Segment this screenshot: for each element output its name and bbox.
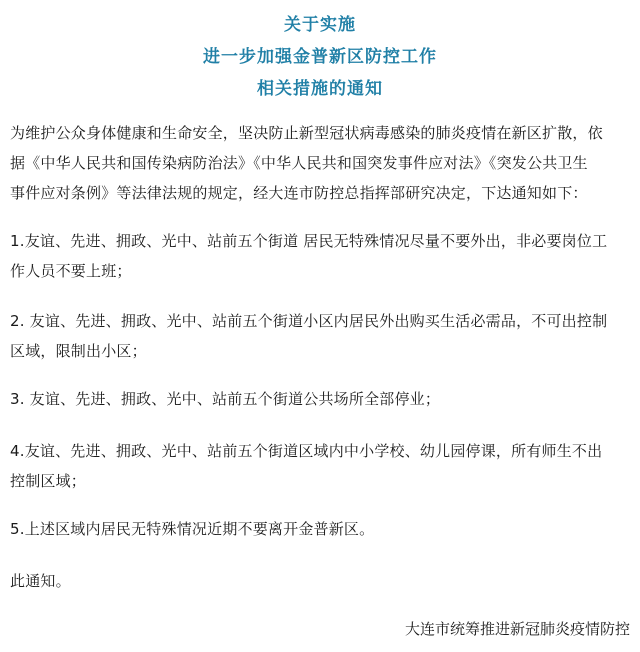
measure-item-2: 2. 友谊、先进、拥政、光中、站前五个街道小区内居民外出购买生活必需品，不可出控…: [10, 306, 632, 366]
intro-paragraph: 为维护公众身体健康和生命安全，坚决防止新型冠状病毒感染的肺炎疫情在新区扩散，依 …: [10, 118, 632, 208]
closing-text: 此通知。: [10, 566, 632, 596]
item-line: 控制区域；: [10, 466, 632, 496]
item-line: 4.友谊、先进、拥政、光中、站前五个街道区域内中小学校、幼儿园停课，所有师生不出: [10, 436, 632, 466]
measure-item-4: 4.友谊、先进、拥政、光中、站前五个街道区域内中小学校、幼儿园停课，所有师生不出…: [10, 436, 632, 496]
item-line: 2. 友谊、先进、拥政、光中、站前五个街道小区内居民外出购买生活必需品，不可出控…: [10, 306, 632, 336]
measure-item-3: 3. 友谊、先进、拥政、光中、站前五个街道公共场所全部停业；: [10, 384, 632, 414]
title-line-1: 关于实施: [0, 10, 640, 35]
measure-item-5: 5.上述区域内居民无特殊情况近期不要离开金普新区。: [10, 514, 632, 544]
item-line: 3. 友谊、先进、拥政、光中、站前五个街道公共场所全部停业；: [10, 384, 632, 414]
intro-line: 事件应对条例》等法律法规的规定，经大连市防控总指挥部研究决定，下达通知如下：: [10, 178, 632, 208]
item-line: 作人员不要上班；: [10, 256, 632, 286]
item-line: 区域，限制出小区；: [10, 336, 632, 366]
title-line-3: 相关措施的通知: [0, 74, 640, 99]
item-line: 5.上述区域内居民无特殊情况近期不要离开金普新区。: [10, 514, 632, 544]
intro-line: 据《中华人民共和国传染病防治法》《中华人民共和国突发事件应对法》《突发公共卫生: [10, 148, 632, 178]
intro-line: 为维护公众身体健康和生命安全，坚决防止新型冠状病毒感染的肺炎疫情在新区扩散，依: [10, 118, 632, 148]
closing-line: 此通知。: [10, 566, 632, 596]
title-line-2: 进一步加强金普新区防控工作: [0, 42, 640, 67]
signature: 大连市统筹推进新冠肺炎疫情防控: [405, 618, 630, 639]
item-line: 1.友谊、先进、拥政、光中、站前五个街道 居民无特殊情况尽量不要外出，非必要岗位…: [10, 226, 632, 256]
measure-item-1: 1.友谊、先进、拥政、光中、站前五个街道 居民无特殊情况尽量不要外出，非必要岗位…: [10, 226, 632, 286]
